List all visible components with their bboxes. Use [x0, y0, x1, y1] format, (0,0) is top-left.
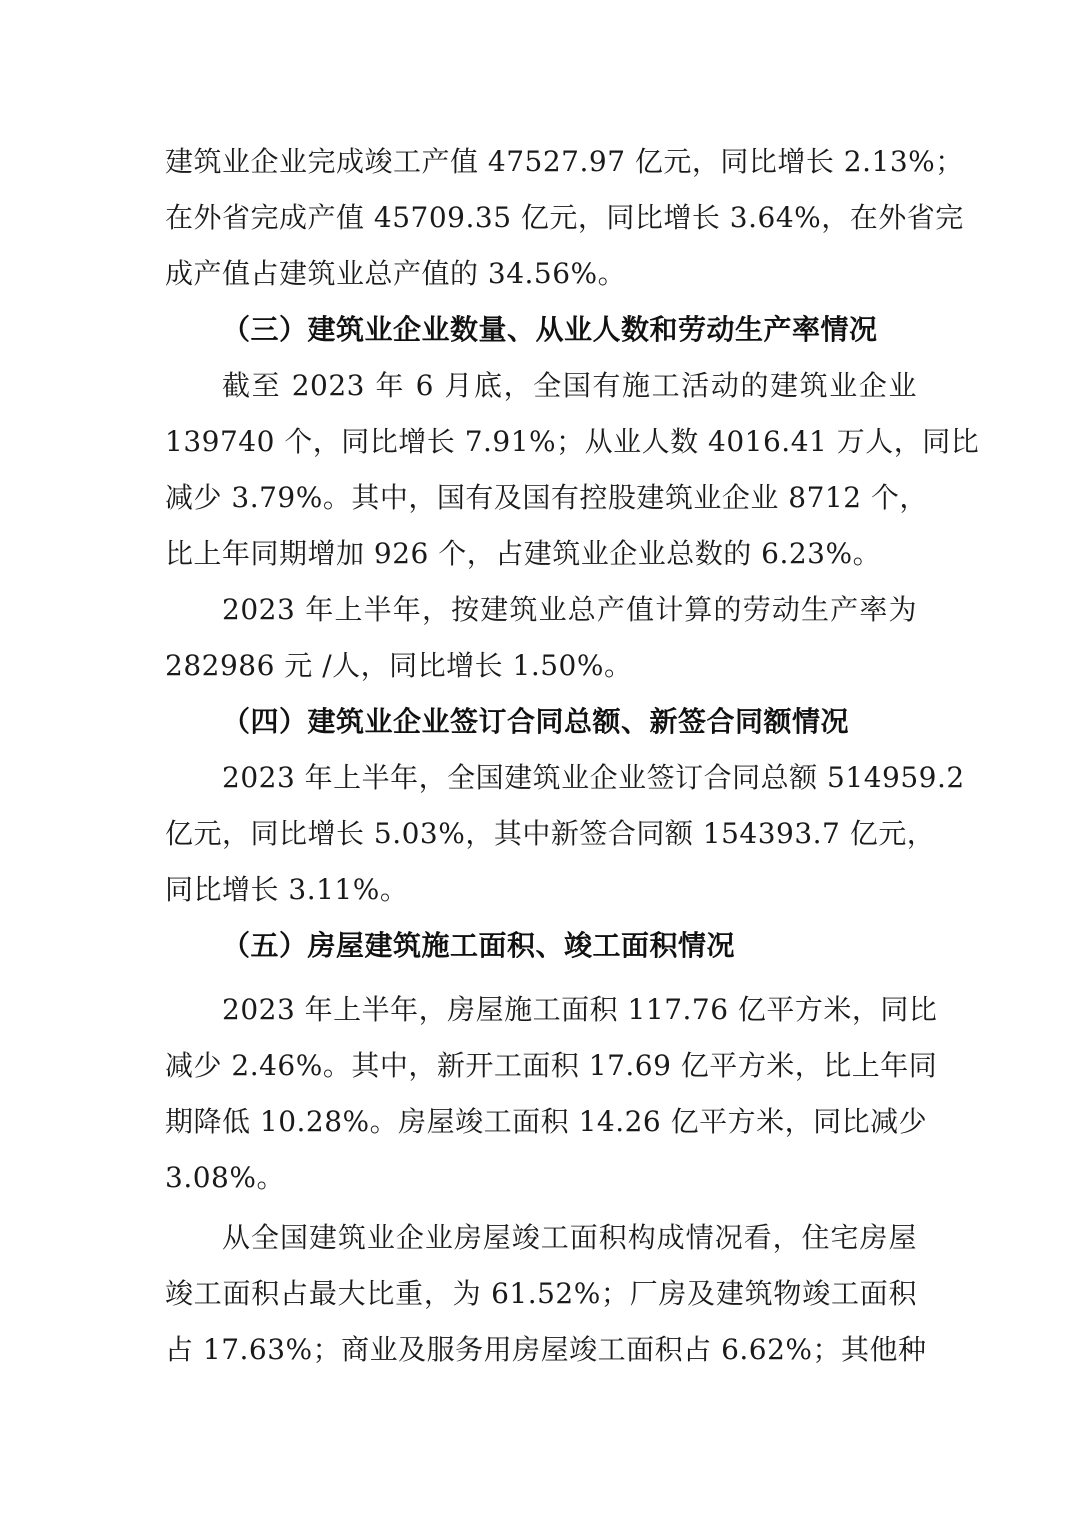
- section-heading-3: （三）建筑业企业数量、从业人数和劳动生产率情况: [222, 310, 878, 350]
- paragraph-line: 减少 2.46%。其中，新开工面积 17.69 亿平方米，比上年同: [165, 1046, 917, 1086]
- paragraph-line: 期降低 10.28%。房屋竣工面积 14.26 亿平方米，同比减少: [165, 1102, 917, 1142]
- paragraph-line: 139740 个，同比增长 7.91%；从业人数 4016.41 万人，同比: [165, 422, 917, 462]
- paragraph-line: 比上年同期增加 926 个，占建筑业企业总数的 6.23%。: [165, 534, 917, 574]
- paragraph-line: 建筑业企业完成竣工产值 47527.97 亿元，同比增长 2.13%；: [165, 142, 917, 182]
- paragraph-line: 2023 年上半年，全国建筑业企业签订合同总额 514959.2: [222, 758, 917, 798]
- paragraph-line: 截至 2023 年 6 月底，全国有施工活动的建筑业企业: [222, 366, 917, 406]
- paragraph-line: 竣工面积占最大比重，为 61.52%；厂房及建筑物竣工面积: [165, 1274, 917, 1314]
- document-page: 建筑业企业完成竣工产值 47527.97 亿元，同比增长 2.13%； 在外省完…: [0, 0, 1080, 1528]
- paragraph-line: 3.08%。: [165, 1158, 917, 1198]
- paragraph-line: 在外省完成产值 45709.35 亿元，同比增长 3.64%，在外省完: [165, 198, 917, 238]
- paragraph-line: 亿元，同比增长 5.03%，其中新签合同额 154393.7 亿元，: [165, 814, 917, 854]
- paragraph-line: 同比增长 3.11%。: [165, 870, 917, 910]
- paragraph-line: 占 17.63%；商业及服务用房屋竣工面积占 6.62%；其他种: [165, 1330, 917, 1370]
- paragraph-line: 282986 元 /人，同比增长 1.50%。: [165, 646, 917, 686]
- paragraph-line: 从全国建筑业企业房屋竣工面积构成情况看，住宅房屋: [222, 1218, 917, 1258]
- paragraph-line: 减少 3.79%。其中，国有及国有控股建筑业企业 8712 个，: [165, 478, 917, 518]
- paragraph-line: 成产值占建筑业总产值的 34.56%。: [165, 254, 917, 294]
- section-heading-5: （五）房屋建筑施工面积、竣工面积情况: [222, 926, 735, 966]
- paragraph-line: 2023 年上半年，按建筑业总产值计算的劳动生产率为: [222, 590, 917, 630]
- section-heading-4: （四）建筑业企业签订合同总额、新签合同额情况: [222, 702, 849, 742]
- paragraph-line: 2023 年上半年，房屋施工面积 117.76 亿平方米，同比: [222, 990, 917, 1030]
